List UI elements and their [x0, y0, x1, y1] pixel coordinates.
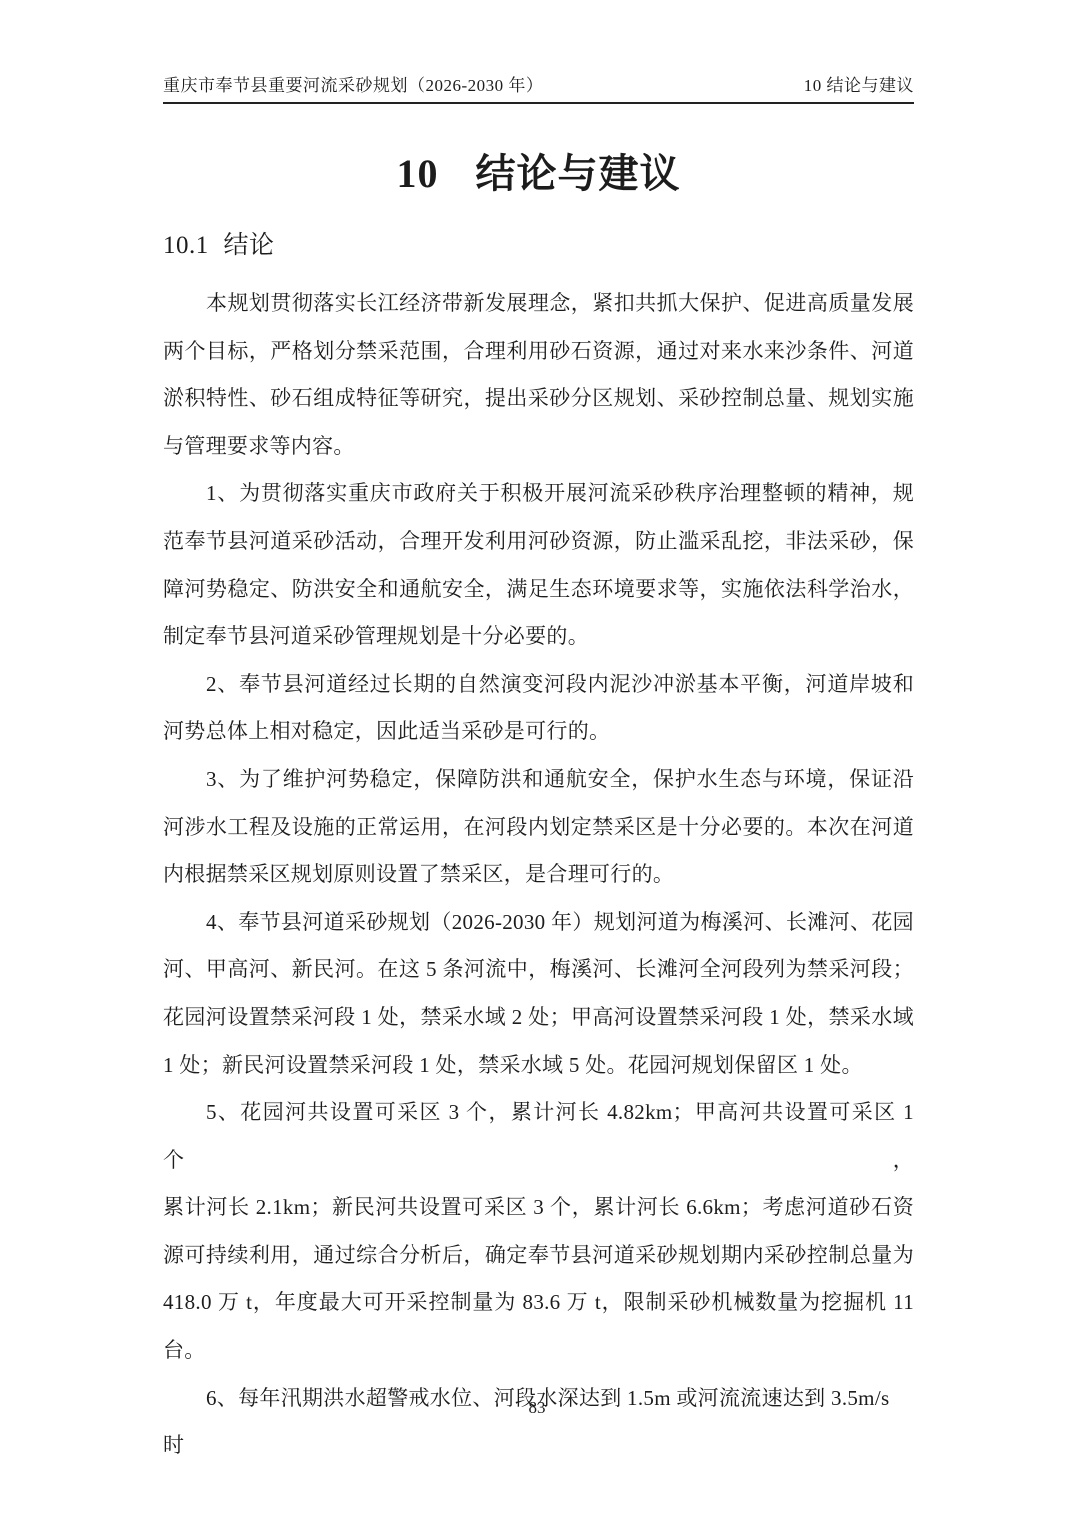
text-line: 淤积特性、砂石组成特征等研究，提出采砂分区规划、采砂控制总量、规划实施 — [163, 375, 914, 423]
page-header: 重庆市奉节县重要河流采砂规划（2026-2030 年） 10 结论与建议 — [163, 75, 914, 104]
paragraph: 本规划贯彻落实长江经济带新发展理念，紧扣共抓大保护、促进高质量发展两个目标，严格… — [163, 280, 914, 470]
chapter-name: 结论与建议 — [476, 151, 681, 196]
paragraph: 1、为贯彻落实重庆市政府关于积极开展河流采砂秩序治理整顿的精神，规范奉节县河道采… — [163, 470, 914, 660]
paragraph: 4、奉节县河道采砂规划（2026-2030 年）规划河道为梅溪河、长滩河、花园河… — [163, 899, 914, 1089]
section-number: 10.1 — [163, 232, 209, 259]
text-line: 内根据禁采区规划原则设置了禁采区，是合理可行的。 — [163, 851, 914, 899]
text-line: 河涉水工程及设施的正常运用，在河段内划定禁采区是十分必要的。本次在河道 — [163, 804, 914, 852]
chapter-number: 10 — [397, 151, 439, 196]
text-line: 两个目标，严格划分禁采范围，合理利用砂石资源，通过对来水来沙条件、河道 — [163, 328, 914, 376]
text-line: 与管理要求等内容。 — [163, 423, 914, 471]
text-line: 418.0 万 t，年度最大可开采控制量为 83.6 万 t，限制采砂机械数量为… — [163, 1279, 914, 1327]
section-heading: 10.1 结论 — [163, 228, 914, 263]
text-line: 5、花园河共设置可采区 3 个，累计河长 4.82km；甲高河共设置可采区 1 … — [163, 1089, 914, 1184]
text-line: 4、奉节县河道采砂规划（2026-2030 年）规划河道为梅溪河、长滩河、花园 — [163, 899, 914, 947]
chapter-title: 10 结论与建议 — [163, 148, 914, 200]
header-right-text: 10 结论与建议 — [804, 75, 914, 97]
text-line: 本规划贯彻落实长江经济带新发展理念，紧扣共抓大保护、促进高质量发展 — [163, 280, 914, 328]
text-line: 河、甲高河、新民河。在这 5 条河流中，梅溪河、长滩河全河段列为禁采河段； — [163, 946, 914, 994]
text-line: 制定奉节县河道采砂管理规划是十分必要的。 — [163, 613, 914, 661]
text-line: 1 处；新民河设置禁采河段 1 处，禁采水域 5 处。花园河规划保留区 1 处。 — [163, 1042, 914, 1090]
document-body: 本规划贯彻落实长江经济带新发展理念，紧扣共抓大保护、促进高质量发展两个目标，严格… — [163, 280, 914, 1470]
text-line: 障河势稳定、防洪安全和通航安全，满足生态环境要求等，实施依法科学治水， — [163, 566, 914, 614]
text-line: 源可持续利用，通过综合分析后，确定奉节县河道采砂规划期内采砂控制总量为 — [163, 1232, 914, 1280]
paragraph: 2、奉节县河道经过长期的自然演变河段内泥沙冲淤基本平衡，河道岸坡和河势总体上相对… — [163, 661, 914, 756]
document-page: 重庆市奉节县重要河流采砂规划（2026-2030 年） 10 结论与建议 10 … — [0, 0, 1074, 1520]
text-line: 6、每年汛期洪水超警戒水位、河段水深达到 1.5m 或河流流速达到 3.5m/s… — [163, 1375, 914, 1470]
text-line: 台。 — [163, 1327, 914, 1375]
paragraph: 5、花园河共设置可采区 3 个，累计河长 4.82km；甲高河共设置可采区 1 … — [163, 1089, 914, 1375]
text-line: 范奉节县河道采砂活动，合理开发利用河砂资源，防止滥采乱挖，非法采砂，保 — [163, 518, 914, 566]
page-footer: 83 — [0, 1398, 1074, 1418]
paragraph: 3、为了维护河势稳定，保障防洪和通航安全，保护水生态与环境，保证沿河涉水工程及设… — [163, 756, 914, 899]
page-number: 83 — [529, 1398, 546, 1417]
text-line: 累计河长 2.1km；新民河共设置可采区 3 个，累计河长 6.6km；考虑河道… — [163, 1184, 914, 1232]
paragraph: 6、每年汛期洪水超警戒水位、河段水深达到 1.5m 或河流流速达到 3.5m/s… — [163, 1375, 914, 1470]
text-line: 2、奉节县河道经过长期的自然演变河段内泥沙冲淤基本平衡，河道岸坡和 — [163, 661, 914, 709]
section-name: 结论 — [224, 232, 275, 259]
text-line: 花园河设置禁采河段 1 处，禁采水域 2 处；甲高河设置禁采河段 1 处，禁采水… — [163, 994, 914, 1042]
text-line: 1、为贯彻落实重庆市政府关于积极开展河流采砂秩序治理整顿的精神，规 — [163, 470, 914, 518]
text-line: 3、为了维护河势稳定，保障防洪和通航安全，保护水生态与环境，保证沿 — [163, 756, 914, 804]
header-left-text: 重庆市奉节县重要河流采砂规划（2026-2030 年） — [163, 75, 543, 97]
text-line: 河势总体上相对稳定，因此适当采砂是可行的。 — [163, 708, 914, 756]
